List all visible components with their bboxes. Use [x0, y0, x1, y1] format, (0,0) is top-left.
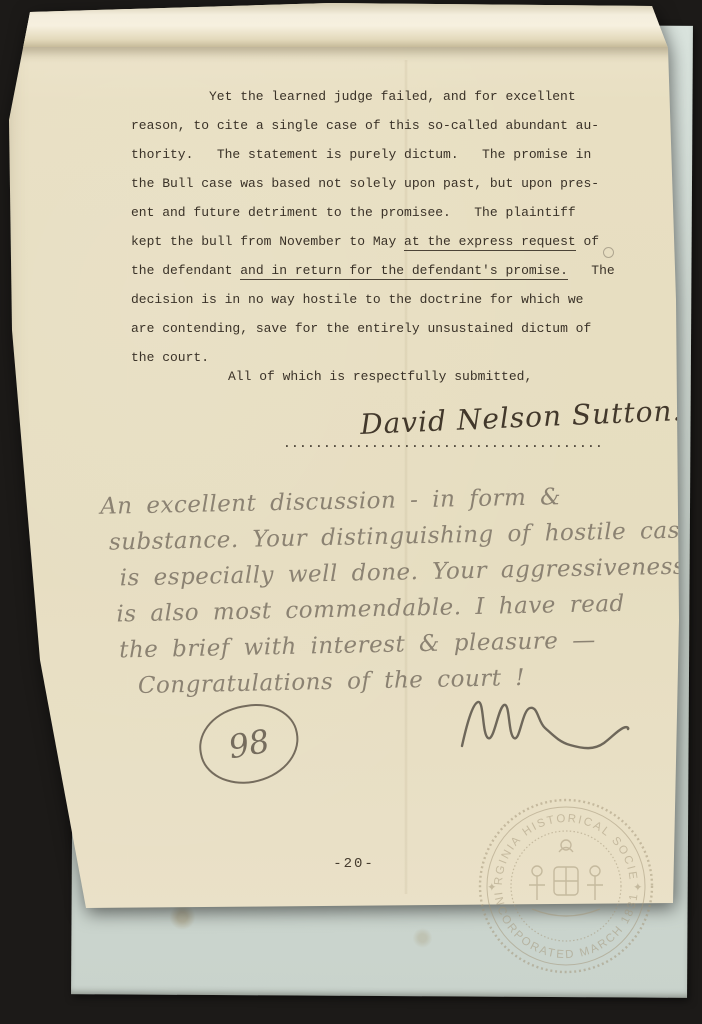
typed-line: are contending, save for the entirely un…: [131, 314, 611, 343]
typed-text: of: [576, 234, 599, 249]
typed-text: the defendant: [131, 263, 240, 278]
typed-text: Yet the learned judge failed, and for ex…: [209, 89, 576, 104]
typed-text: thority. The statement is purely dictum.…: [131, 147, 591, 162]
typed-text: The: [568, 263, 615, 278]
underlined-text: and in return for the defendant's promis…: [240, 263, 568, 280]
stamp-right-separator: ✦: [633, 882, 645, 894]
typed-line: reason, to cite a single case of this so…: [131, 111, 611, 140]
page-number: -20-: [322, 856, 386, 872]
page-top-curl: [0, 0, 702, 47]
right-figure-body: [587, 876, 603, 900]
circled-grade-number: 98: [193, 697, 305, 791]
typed-line: decision is in no way hostile to the doc…: [131, 285, 611, 314]
signature-dotted-line: ........................................: [283, 436, 603, 451]
typed-text: the court.: [131, 350, 209, 365]
typed-line: the court.: [131, 343, 611, 372]
handwritten-note: An excellent discussion - in form &subst…: [96, 477, 660, 705]
typed-line: kept the bull from November to May at th…: [131, 227, 611, 256]
crest-shield-cross: [554, 867, 578, 895]
typed-line: Yet the learned judge failed, and for ex…: [131, 82, 611, 111]
typed-text: reason, to cite a single case of this so…: [131, 118, 599, 133]
left-figure-head: [532, 866, 542, 876]
crest-banner: [532, 909, 600, 916]
initials-stroke: [462, 702, 628, 748]
typed-line: thority. The statement is purely dictum.…: [131, 140, 611, 169]
stamp-coat-of-arms: [529, 840, 603, 916]
typed-line: the Bull case was based not solely upon …: [131, 169, 611, 198]
typed-line: the defendant and in return for the defe…: [131, 256, 611, 285]
right-figure-head: [590, 866, 600, 876]
underlined-text: at the express request: [404, 234, 576, 251]
typed-text: are contending, save for the entirely un…: [131, 321, 591, 336]
typed-text: kept the bull from November to May: [131, 234, 404, 249]
typed-text: ent and future detriment to the promisee…: [131, 205, 576, 220]
historical-society-stamp: VIRGINIA HISTORICAL SOCIETY INCORPORATED…: [477, 797, 655, 975]
pencil-speck: [603, 247, 614, 258]
typed-text: decision is in no way hostile to the doc…: [131, 292, 583, 307]
grade-number: 98: [226, 722, 273, 766]
stamp-left-separator: ✦: [487, 882, 499, 894]
scanned-document-photo: Yet the learned judge failed, and for ex…: [0, 0, 702, 1024]
typed-line: ent and future detriment to the promisee…: [131, 198, 611, 227]
left-figure-body: [529, 876, 545, 900]
reviewer-initials-scribble: [452, 688, 634, 764]
typed-text: the Bull case was based not solely upon …: [131, 176, 599, 191]
typed-paragraph: Yet the learned judge failed, and for ex…: [131, 82, 611, 372]
closing-line: All of which is respectfully submitted,: [228, 369, 532, 384]
